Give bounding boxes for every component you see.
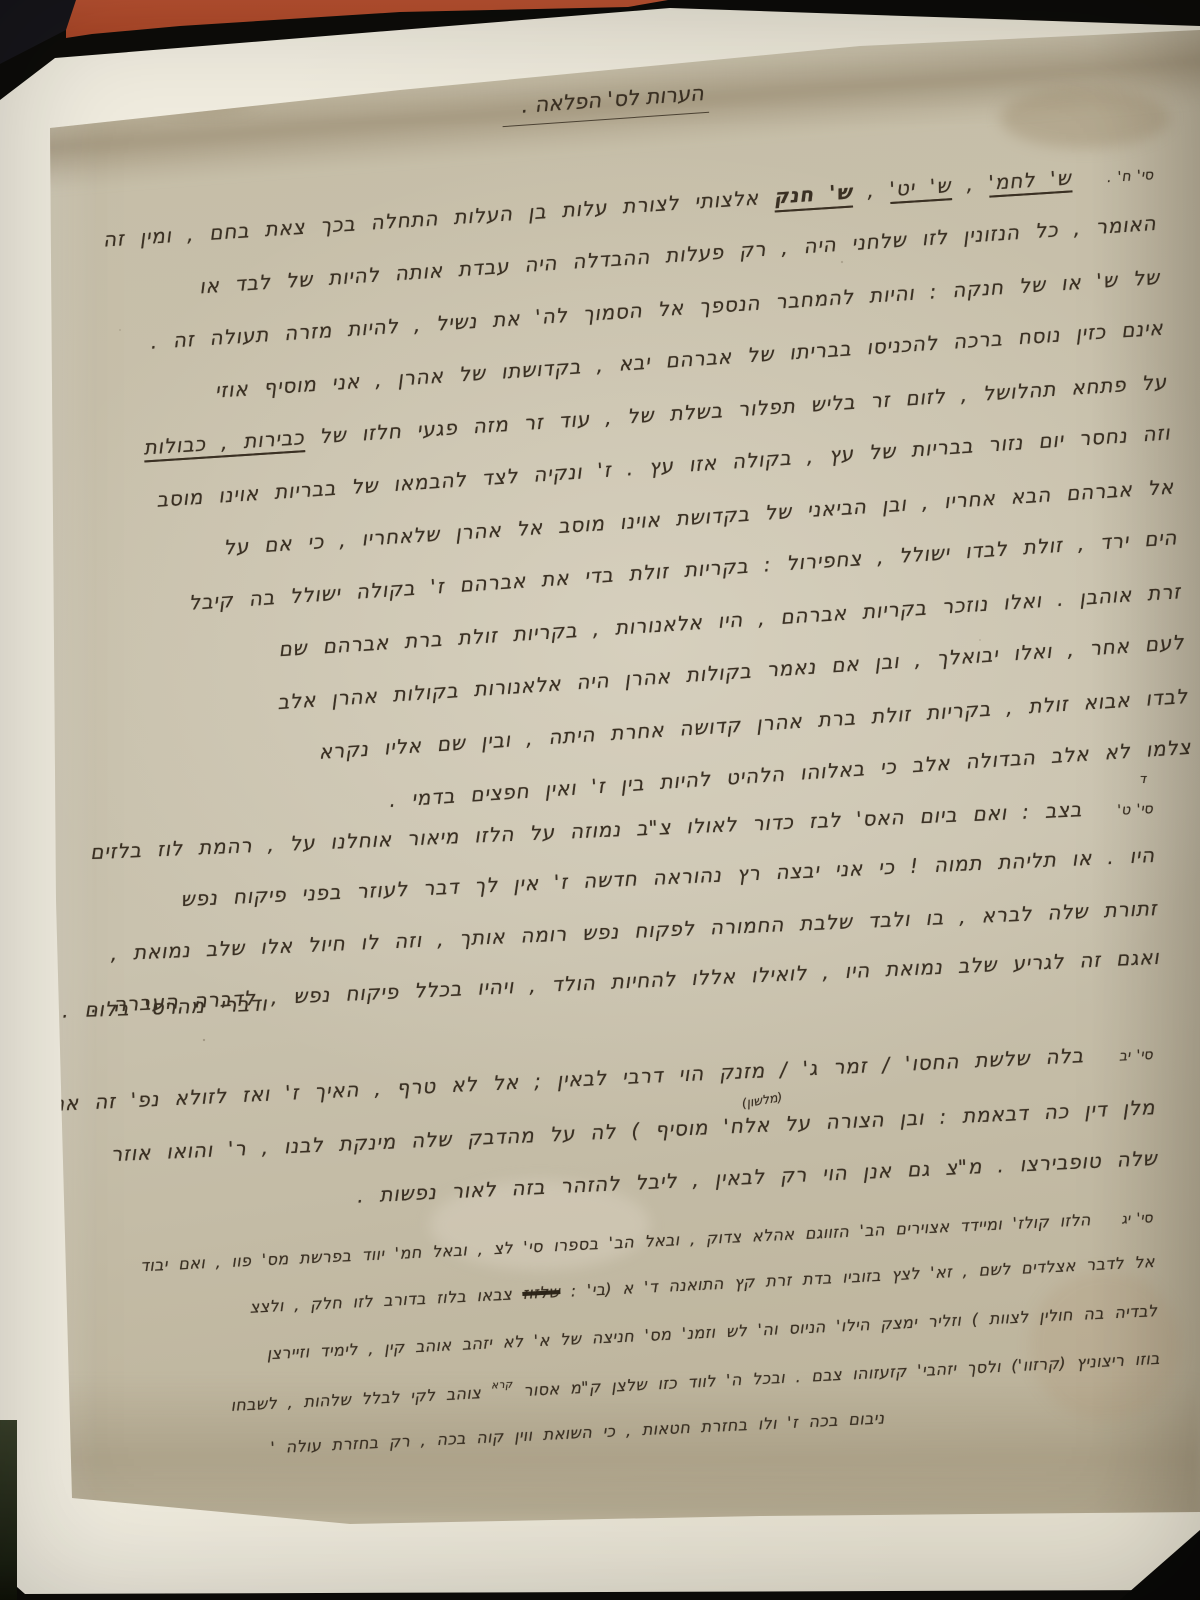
crossed-out-word: שלזוז — [522, 1282, 561, 1303]
section-marker-siman-8: סי' ח' . — [1106, 167, 1153, 186]
binding-cloth-left — [0, 1420, 17, 1600]
section-marker-siman-12: סי' יב — [1119, 1047, 1153, 1065]
page-title: הערות לס' הפלאה . — [501, 81, 709, 119]
separator: , — [950, 172, 974, 197]
manuscript-photo: הערות לס' הפלאה . סי' ח' . ש' לחמ' , ש' … — [0, 0, 1200, 1600]
underlined-reference: ש' חנק — [773, 180, 853, 209]
section-siman-8: סי' ח' . ש' לחמ' , ש' יט' , ש' חנק אלצות… — [42, 158, 1193, 860]
page-title-text: הערות לס' הפלאה . — [501, 81, 710, 127]
line-text: אלצותי לצורת עלות בן העלות התחלה בכך צאת… — [102, 186, 759, 252]
separator: , — [851, 178, 875, 203]
section-marker-siman-9: סי' ט' — [1117, 801, 1153, 819]
margin-mark: ד — [1139, 772, 1146, 787]
underlined-reference: ש' לחמ' — [988, 165, 1073, 194]
manuscript-page: הערות לס' הפלאה . סי' ח' . ש' לחמ' , ש' … — [0, 0, 1200, 1600]
handwriting-layer: הערות לס' הפלאה . סי' ח' . ש' לחמ' , ש' … — [0, 0, 1200, 1600]
superscript-correction: קרא — [491, 1379, 513, 1392]
section-marker-siman-13: סי' יג — [1121, 1210, 1153, 1228]
section-siman-13: סי' יג הלזו קולז' ומיידד אצוירים הב' הזו… — [41, 1205, 1163, 1496]
underlined-reference: ש' יט' — [889, 173, 952, 201]
